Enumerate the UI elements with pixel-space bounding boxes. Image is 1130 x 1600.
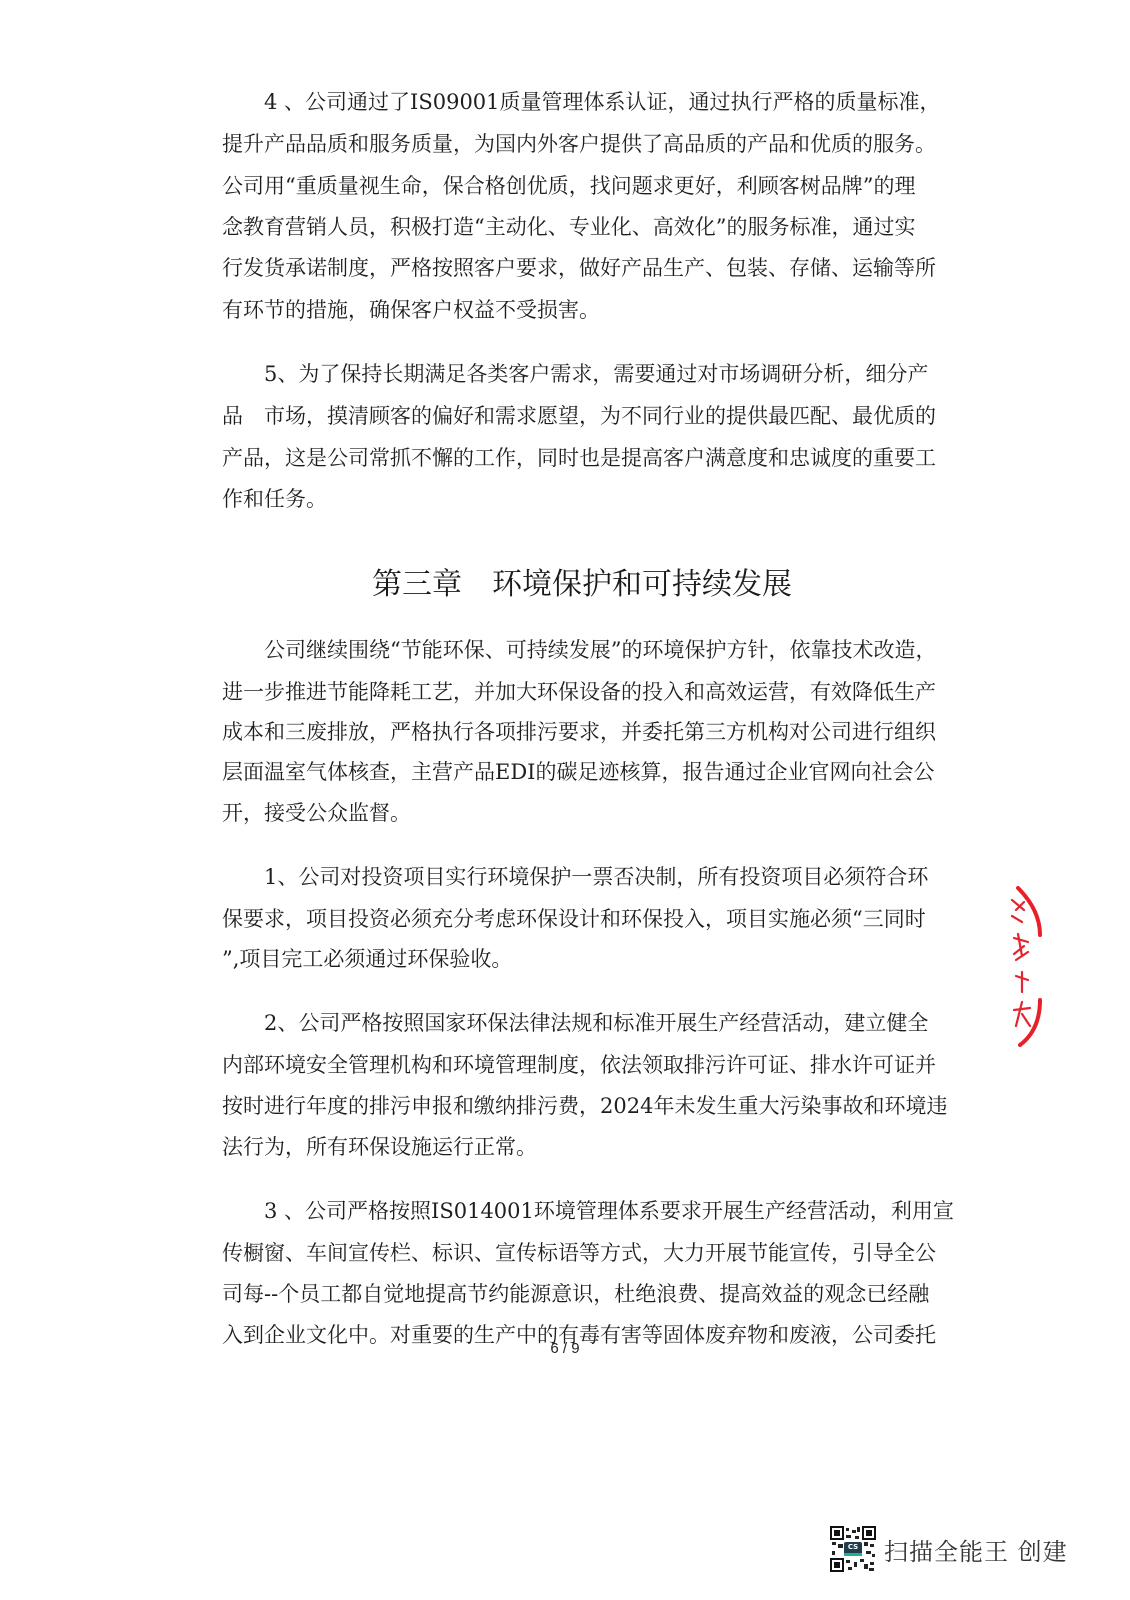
text-line: 有环节的措施，确保客户权益不受损害。 [222, 295, 908, 325]
text-line: 品 市场，摸清顾客的偏好和需求愿望，为不同行业的提供最匹配、最优质的 [222, 401, 908, 431]
chapter-heading: 第三章 环境保护和可持续发展 [372, 566, 786, 604]
text-line: 传橱窗、车间宣传栏、标识、宣传标语等方式，大力开展节能宣传，引导全公 [222, 1238, 908, 1268]
text-line: 5、为了保持长期满足各类客户需求，需要通过对市场调研分析，细分产 [264, 359, 908, 389]
qr-code-icon: CS [830, 1526, 876, 1572]
text-line: 按时进行年度的排污申报和缴纳排污费，2024年未发生重大污染事故和环境违 [222, 1091, 908, 1121]
company-seal-stamp [1010, 880, 1060, 1050]
text-line: 公司用“重质量视生命，保合格创优质，找问题求更好，利顾客树品牌”的理 [222, 171, 908, 201]
text-line: ”,项目完工必须通过环保验收。 [222, 944, 908, 974]
text-line: 1、公司对投资项目实行环境保护一票否决制，所有投资项目必须符合环 [264, 862, 908, 892]
text-line: 法行为，所有环保设施运行正常。 [222, 1132, 908, 1162]
watermark-text: 扫描全能王 创建 [884, 1532, 1068, 1567]
cs-badge: CS [846, 1542, 860, 1552]
text-line: 内部环境安全管理机构和环境管理制度，依法领取排污许可证、排水许可证并 [222, 1050, 908, 1080]
text-line: 公司继续围绕“节能环保、可持续发展”的环境保护方针，依靠技术改造， [264, 635, 908, 665]
text-line: 开，接受公众监督。 [222, 798, 908, 828]
text-line: 2、公司严格按照国家环保法律法规和标准开展生产经营活动，建立健全 [264, 1008, 908, 1038]
text-line: 层面温室气体核查，主营产品EDI的碳足迹核算，报告通过企业官网向社会公 [222, 757, 908, 787]
text-line: 念教育营销人员，积极打造“主动化、专业化、高效化”的服务标准，通过实 [222, 212, 908, 242]
text-line: 进一步推进节能降耗工艺，并加大环保设备的投入和高效运营，有效降低生产 [222, 677, 908, 707]
text-line: 产品，这是公司常抓不懈的工作，同时也是提高客户满意度和忠诚度的重要工 [222, 443, 908, 473]
page-number: 6 / 9 [0, 1340, 1130, 1357]
seal-arc-icon [1010, 880, 1060, 1050]
text-line: 保要求，项目投资必须充分考虑环保设计和环保投入，项目实施必须“三同时 [222, 904, 908, 934]
scanner-watermark: CS 扫描全能王 创建 [830, 1527, 1068, 1571]
text-line: 司每--个员工都自觉地提高节约能源意识，杜绝浪费、提高效益的观念已经融 [222, 1279, 908, 1309]
text-line: 成本和三废排放，严格执行各项排污要求，并委托第三方机构对公司进行组织 [222, 717, 908, 747]
text-line: 提升产品品质和服务质量，为国内外客户提供了高品质的产品和优质的服务。 [222, 129, 908, 159]
text-line: 行发货承诺制度，严格按照客户要求，做好产品生产、包装、存储、运输等所 [222, 253, 908, 283]
text-line: 4 、公司通过了IS09001质量管理体系认证，通过执行严格的质量标准， [264, 87, 908, 117]
text-line: 作和任务。 [222, 484, 908, 514]
text-line: 3 、公司严格按照IS014001环境管理体系要求开展生产经营活动，利用宣 [264, 1196, 908, 1226]
